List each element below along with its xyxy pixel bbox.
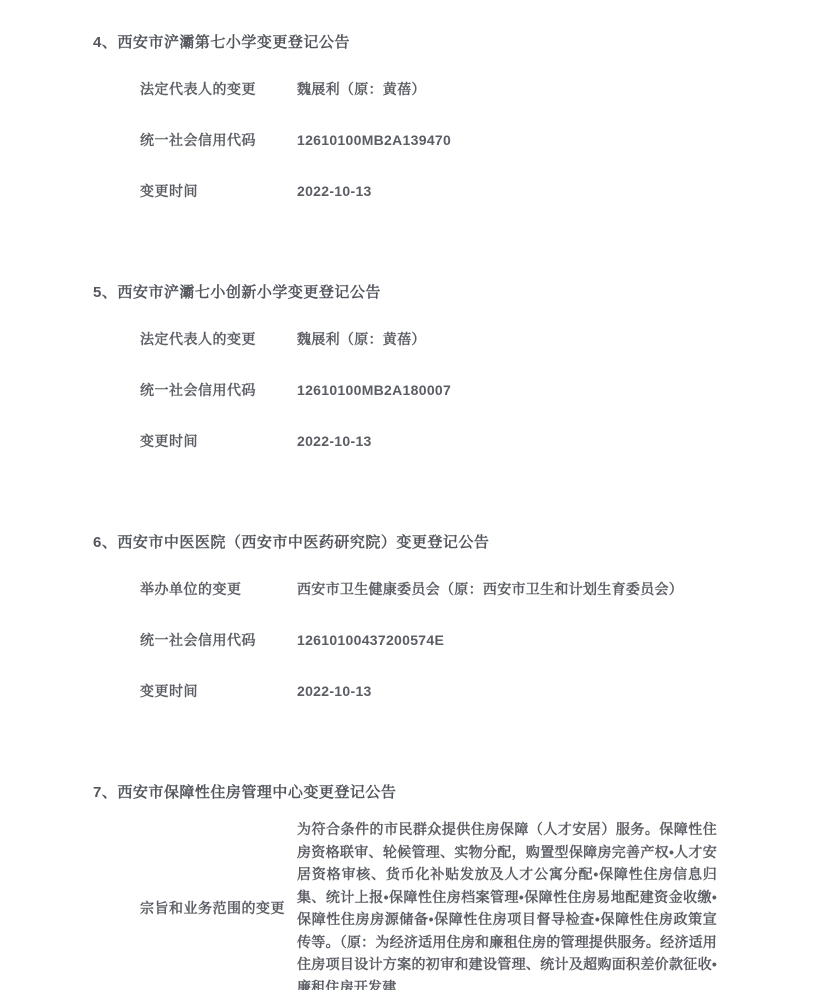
field-value: 魏展利（原：黄蓓） <box>297 332 753 347</box>
field-row: 统一社会信用代码 12610100MB2A139470 <box>140 133 753 148</box>
field-row: 变更时间 2022-10-13 <box>140 434 753 449</box>
field-row: 变更时间 2022-10-13 <box>140 184 753 199</box>
field-label: 举办单位的变更 <box>140 582 297 597</box>
field-label: 变更时间 <box>140 434 297 449</box>
announcement-section-5: 5、西安市浐灞七小创新小学变更登记公告 法定代表人的变更 魏展利（原：黄蓓） 统… <box>93 285 753 449</box>
field-row: 法定代表人的变更 魏展利（原：黄蓓） <box>140 82 753 97</box>
field-label: 统一社会信用代码 <box>140 133 297 148</box>
announcement-section-7: 7、西安市保障性住房管理中心变更登记公告 宗旨和业务范围的变更 为符合条件的市民… <box>93 785 753 990</box>
section-title: 4、西安市浐灞第七小学变更登记公告 <box>93 35 753 50</box>
field-row: 统一社会信用代码 12610100437200574E <box>140 633 753 648</box>
section-title: 5、西安市浐灞七小创新小学变更登记公告 <box>93 285 753 300</box>
field-label: 宗旨和业务范围的变更 <box>140 901 297 916</box>
field-value: 2022-10-13 <box>297 184 753 199</box>
field-label: 变更时间 <box>140 184 297 199</box>
business-scope-paragraph: 为符合条件的市民群众提供住房保障（人才安居）服务。保障性住房资格联审、轮候管理、… <box>297 818 717 990</box>
section-title: 7、西安市保障性住房管理中心变更登记公告 <box>93 785 753 800</box>
field-value: 2022-10-13 <box>297 684 753 699</box>
field-row: 统一社会信用代码 12610100MB2A180007 <box>140 383 753 398</box>
field-label: 法定代表人的变更 <box>140 332 297 347</box>
field-value: 12610100437200574E <box>297 633 753 648</box>
announcement-document: 4、西安市浐灞第七小学变更登记公告 法定代表人的变更 魏展利（原：黄蓓） 统一社… <box>0 0 813 990</box>
announcement-section-4: 4、西安市浐灞第七小学变更登记公告 法定代表人的变更 魏展利（原：黄蓓） 统一社… <box>93 35 753 199</box>
field-value: 西安市卫生健康委员会（原：西安市卫生和计划生育委员会） <box>297 582 753 597</box>
field-label: 法定代表人的变更 <box>140 82 297 97</box>
field-label: 变更时间 <box>140 684 297 699</box>
field-row: 举办单位的变更 西安市卫生健康委员会（原：西安市卫生和计划生育委员会） <box>140 582 753 597</box>
field-row: 宗旨和业务范围的变更 为符合条件的市民群众提供住房保障（人才安居）服务。保障性住… <box>140 818 753 990</box>
field-row: 变更时间 2022-10-13 <box>140 684 753 699</box>
field-value: 2022-10-13 <box>297 434 753 449</box>
announcement-section-6: 6、西安市中医医院（西安市中医药研究院）变更登记公告 举办单位的变更 西安市卫生… <box>93 535 753 699</box>
field-value: 12610100MB2A139470 <box>297 133 753 148</box>
field-value: 魏展利（原：黄蓓） <box>297 82 753 97</box>
field-value: 12610100MB2A180007 <box>297 383 753 398</box>
field-label: 统一社会信用代码 <box>140 383 297 398</box>
field-row: 法定代表人的变更 魏展利（原：黄蓓） <box>140 332 753 347</box>
section-title: 6、西安市中医医院（西安市中医药研究院）变更登记公告 <box>93 535 753 550</box>
field-label: 统一社会信用代码 <box>140 633 297 648</box>
